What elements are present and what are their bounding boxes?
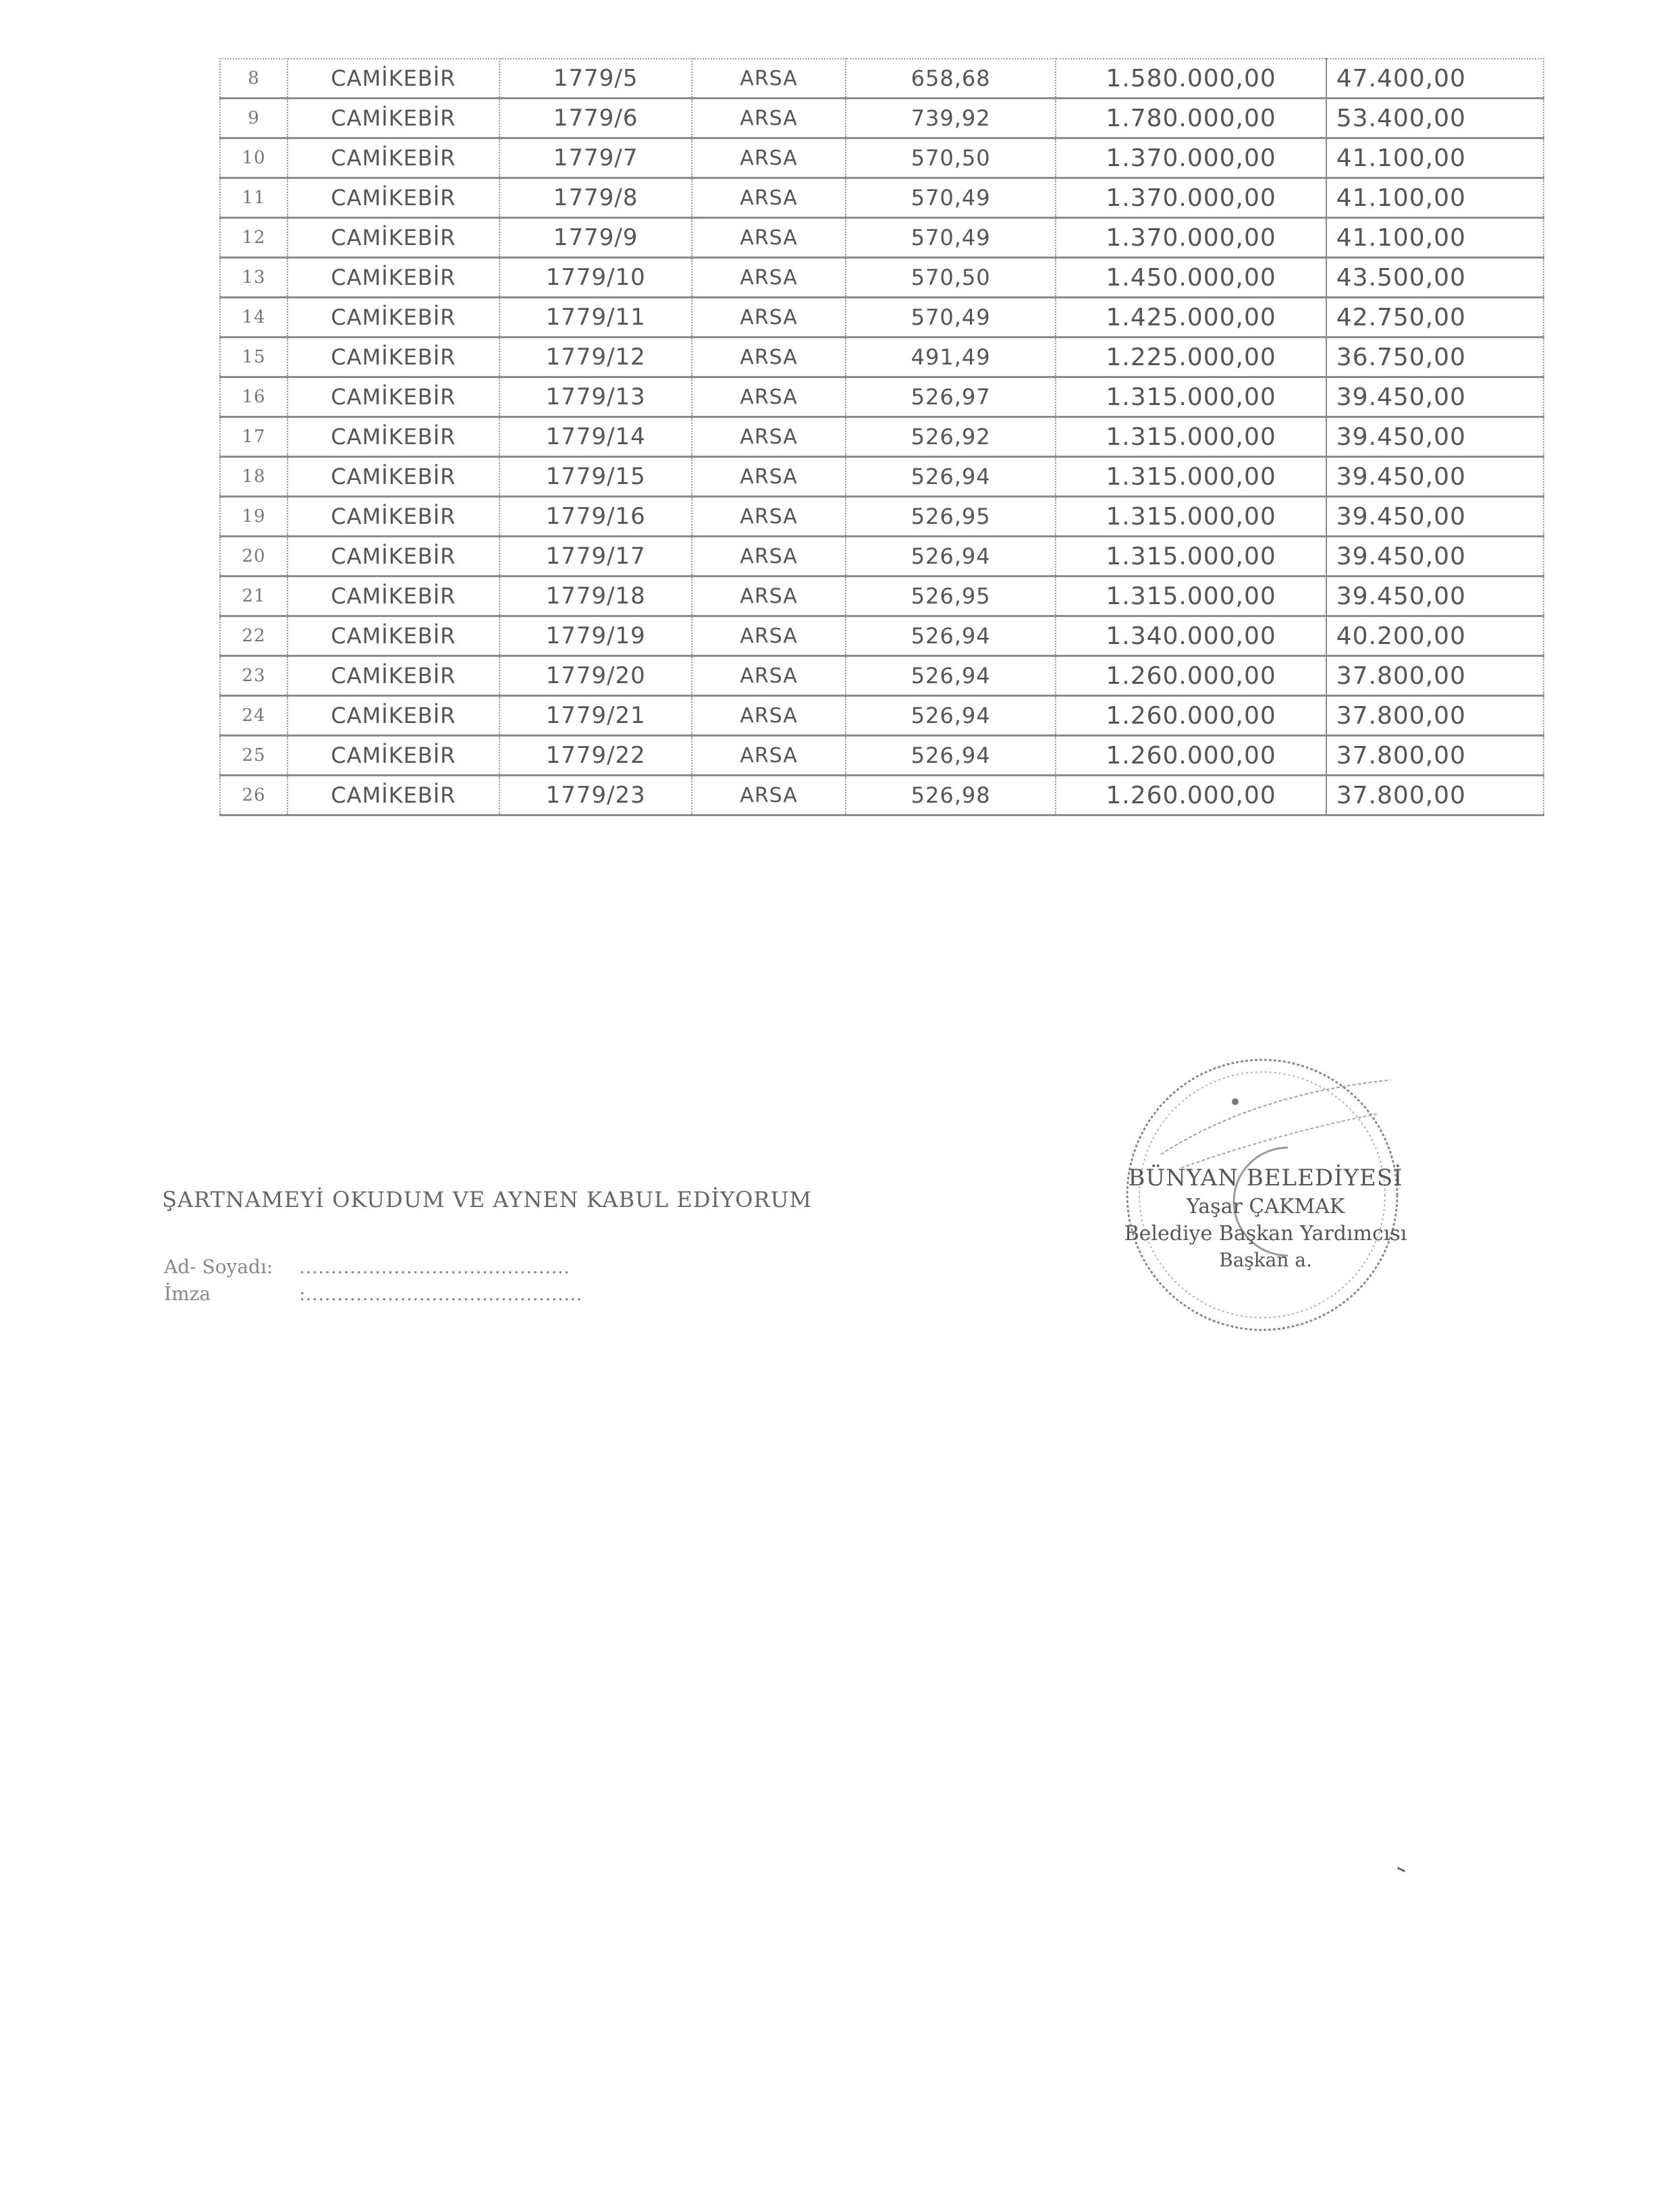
row-number: 22	[220, 616, 288, 656]
deposit-cell: 43.500,00	[1326, 258, 1544, 298]
block-parcel-cell: 1779/13	[499, 377, 693, 417]
signature-label: İmza	[164, 1283, 299, 1305]
parcel-table: 8 CAMİKEBİR 1779/5 ARSA 658,68 1.580.000…	[219, 58, 1544, 816]
property-type-cell: ARSA	[692, 616, 845, 656]
deposit-cell: 39.450,00	[1326, 537, 1544, 577]
row-number: 8	[220, 59, 288, 99]
block-parcel-cell: 1779/14	[499, 417, 693, 457]
table-row: 21 CAMİKEBİR 1779/18 ARSA 526,95 1.315.0…	[220, 577, 1544, 616]
signature-blank[interactable]: :……………………………………..	[299, 1283, 582, 1305]
neighborhood-cell: CAMİKEBİR	[288, 178, 499, 218]
estimated-value-cell: 1.315.000,00	[1056, 417, 1326, 457]
row-number: 19	[220, 497, 288, 537]
property-type-cell: ARSA	[692, 138, 845, 178]
estimated-value-cell: 1.315.000,00	[1056, 457, 1326, 497]
neighborhood-cell: CAMİKEBİR	[288, 417, 499, 457]
estimated-value-cell: 1.315.000,00	[1056, 497, 1326, 537]
property-type-cell: ARSA	[692, 417, 845, 457]
estimated-value-cell: 1.425.000,00	[1056, 298, 1326, 338]
estimated-value-cell: 1.260.000,00	[1056, 776, 1326, 815]
deposit-cell: 39.450,00	[1326, 577, 1544, 616]
block-parcel-cell: 1779/10	[499, 258, 693, 298]
neighborhood-cell: CAMİKEBİR	[288, 457, 499, 497]
block-parcel-cell: 1779/23	[499, 776, 693, 815]
area-cell: 526,98	[846, 776, 1056, 815]
table-row: 20 CAMİKEBİR 1779/17 ARSA 526,94 1.315.0…	[220, 537, 1544, 577]
neighborhood-cell: CAMİKEBİR	[288, 537, 499, 577]
property-type-cell: ARSA	[692, 377, 845, 417]
stamp-note: Başkan a.	[1077, 1249, 1455, 1271]
area-cell: 526,95	[846, 497, 1056, 537]
neighborhood-cell: CAMİKEBİR	[288, 99, 499, 138]
area-cell: 526,92	[846, 417, 1056, 457]
stamp-person: Yaşar ÇAKMAK	[1077, 1195, 1455, 1218]
row-number: 9	[220, 99, 288, 138]
neighborhood-cell: CAMİKEBİR	[288, 338, 499, 377]
area-cell: 570,50	[846, 138, 1056, 178]
area-cell: 526,97	[846, 377, 1056, 417]
deposit-cell: 39.450,00	[1326, 417, 1544, 457]
neighborhood-cell: CAMİKEBİR	[288, 59, 499, 99]
table-row: 23 CAMİKEBİR 1779/20 ARSA 526,94 1.260.0…	[220, 656, 1544, 696]
row-number: 11	[220, 178, 288, 218]
table-row: 14 CAMİKEBİR 1779/11 ARSA 570,49 1.425.0…	[220, 298, 1544, 338]
area-cell: 570,50	[846, 258, 1056, 298]
table-row: 11 CAMİKEBİR 1779/8 ARSA 570,49 1.370.00…	[220, 178, 1544, 218]
area-cell: 526,94	[846, 537, 1056, 577]
table-row: 16 CAMİKEBİR 1779/13 ARSA 526,97 1.315.0…	[220, 377, 1544, 417]
block-parcel-cell: 1779/8	[499, 178, 693, 218]
estimated-value-cell: 1.780.000,00	[1056, 99, 1326, 138]
block-parcel-cell: 1779/5	[499, 59, 693, 99]
stamp-institution: BÜNYAN BELEDİYESİ	[1077, 1164, 1455, 1191]
property-type-cell: ARSA	[692, 99, 845, 138]
property-type-cell: ARSA	[692, 776, 845, 815]
row-number: 16	[220, 377, 288, 417]
area-cell: 570,49	[846, 178, 1056, 218]
area-cell: 491,49	[846, 338, 1056, 377]
table-row: 9 CAMİKEBİR 1779/6 ARSA 739,92 1.780.000…	[220, 99, 1544, 138]
property-type-cell: ARSA	[692, 258, 845, 298]
neighborhood-cell: CAMİKEBİR	[288, 298, 499, 338]
area-cell: 739,92	[846, 99, 1056, 138]
row-number: 14	[220, 298, 288, 338]
estimated-value-cell: 1.260.000,00	[1056, 736, 1326, 776]
table-row: 25 CAMİKEBİR 1779/22 ARSA 526,94 1.260.0…	[220, 736, 1544, 776]
row-number: 23	[220, 656, 288, 696]
row-number: 10	[220, 138, 288, 178]
neighborhood-cell: CAMİKEBİR	[288, 377, 499, 417]
deposit-cell: 37.800,00	[1326, 776, 1544, 815]
table-row: 19 CAMİKEBİR 1779/16 ARSA 526,95 1.315.0…	[220, 497, 1544, 537]
area-cell: 570,49	[846, 298, 1056, 338]
block-parcel-cell: 1779/15	[499, 457, 693, 497]
estimated-value-cell: 1.315.000,00	[1056, 377, 1326, 417]
block-parcel-cell: 1779/9	[499, 218, 693, 258]
area-cell: 570,49	[846, 218, 1056, 258]
acceptance-statement: ŞARTNAMEYİ OKUDUM VE AYNEN KABUL EDİYORU…	[162, 1187, 812, 1212]
table-row: 26 CAMİKEBİR 1779/23 ARSA 526,98 1.260.0…	[220, 776, 1544, 815]
deposit-cell: 39.450,00	[1326, 377, 1544, 417]
estimated-value-cell: 1.260.000,00	[1056, 696, 1326, 736]
table-row: 18 CAMİKEBİR 1779/15 ARSA 526,94 1.315.0…	[220, 457, 1544, 497]
row-number: 12	[220, 218, 288, 258]
estimated-value-cell: 1.450.000,00	[1056, 258, 1326, 298]
property-type-cell: ARSA	[692, 218, 845, 258]
property-type-cell: ARSA	[692, 577, 845, 616]
block-parcel-cell: 1779/21	[499, 696, 693, 736]
property-type-cell: ARSA	[692, 457, 845, 497]
row-number: 26	[220, 776, 288, 815]
row-number: 24	[220, 696, 288, 736]
row-number: 15	[220, 338, 288, 377]
neighborhood-cell: CAMİKEBİR	[288, 616, 499, 656]
property-type-cell: ARSA	[692, 736, 845, 776]
table-row: 8 CAMİKEBİR 1779/5 ARSA 658,68 1.580.000…	[220, 59, 1544, 99]
row-number: 13	[220, 258, 288, 298]
block-parcel-cell: 1779/16	[499, 497, 693, 537]
neighborhood-cell: CAMİKEBİR	[288, 218, 499, 258]
neighborhood-cell: CAMİKEBİR	[288, 656, 499, 696]
row-number: 20	[220, 537, 288, 577]
estimated-value-cell: 1.370.000,00	[1056, 218, 1326, 258]
official-stamp: BÜNYAN BELEDİYESİ Yaşar ÇAKMAK Belediye …	[1107, 1053, 1424, 1343]
deposit-cell: 40.200,00	[1326, 616, 1544, 656]
deposit-cell: 53.400,00	[1326, 99, 1544, 138]
property-type-cell: ARSA	[692, 696, 845, 736]
row-number: 25	[220, 736, 288, 776]
block-parcel-cell: 1779/18	[499, 577, 693, 616]
block-parcel-cell: 1779/22	[499, 736, 693, 776]
estimated-value-cell: 1.580.000,00	[1056, 59, 1326, 99]
estimated-value-cell: 1.315.000,00	[1056, 537, 1326, 577]
deposit-cell: 39.450,00	[1326, 497, 1544, 537]
signature-field[interactable]: İmza:……………………………………..	[164, 1283, 582, 1305]
property-type-cell: ARSA	[692, 338, 845, 377]
table-row: 13 CAMİKEBİR 1779/10 ARSA 570,50 1.450.0…	[220, 258, 1544, 298]
area-cell: 526,94	[846, 696, 1056, 736]
area-cell: 526,94	[846, 656, 1056, 696]
deposit-cell: 36.750,00	[1326, 338, 1544, 377]
block-parcel-cell: 1779/7	[499, 138, 693, 178]
deposit-cell: 41.100,00	[1326, 218, 1544, 258]
row-number: 17	[220, 417, 288, 457]
deposit-cell: 37.800,00	[1326, 656, 1544, 696]
deposit-cell: 47.400,00	[1326, 59, 1544, 99]
row-number: 21	[220, 577, 288, 616]
neighborhood-cell: CAMİKEBİR	[288, 258, 499, 298]
property-type-cell: ARSA	[692, 178, 845, 218]
estimated-value-cell: 1.370.000,00	[1056, 178, 1326, 218]
neighborhood-cell: CAMİKEBİR	[288, 696, 499, 736]
name-label: Ad- Soyadı:	[164, 1256, 299, 1278]
block-parcel-cell: 1779/6	[499, 99, 693, 138]
row-number: 18	[220, 457, 288, 497]
area-cell: 526,95	[846, 577, 1056, 616]
deposit-cell: 37.800,00	[1326, 696, 1544, 736]
block-parcel-cell: 1779/20	[499, 656, 693, 696]
table-row: 22 CAMİKEBİR 1779/19 ARSA 526,94 1.340.0…	[220, 616, 1544, 656]
property-type-cell: ARSA	[692, 59, 845, 99]
table-row: 10 CAMİKEBİR 1779/7 ARSA 570,50 1.370.00…	[220, 138, 1544, 178]
area-cell: 526,94	[846, 736, 1056, 776]
block-parcel-cell: 1779/17	[499, 537, 693, 577]
estimated-value-cell: 1.225.000,00	[1056, 338, 1326, 377]
estimated-value-cell: 1.370.000,00	[1056, 138, 1326, 178]
name-field[interactable]: Ad- Soyadı:…………………………………….	[164, 1256, 570, 1278]
stamp-title: Belediye Başkan Yardımcısı	[1077, 1222, 1455, 1245]
deposit-cell: 41.100,00	[1326, 138, 1544, 178]
property-type-cell: ARSA	[692, 497, 845, 537]
neighborhood-cell: CAMİKEBİR	[288, 776, 499, 815]
deposit-cell: 39.450,00	[1326, 457, 1544, 497]
deposit-cell: 41.100,00	[1326, 178, 1544, 218]
table-row: 24 CAMİKEBİR 1779/21 ARSA 526,94 1.260.0…	[220, 696, 1544, 736]
estimated-value-cell: 1.315.000,00	[1056, 577, 1326, 616]
table-row: 17 CAMİKEBİR 1779/14 ARSA 526,92 1.315.0…	[220, 417, 1544, 457]
neighborhood-cell: CAMİKEBİR	[288, 497, 499, 537]
property-type-cell: ARSA	[692, 656, 845, 696]
name-blank[interactable]: …………………………………….	[299, 1256, 570, 1278]
property-type-cell: ARSA	[692, 298, 845, 338]
estimated-value-cell: 1.260.000,00	[1056, 656, 1326, 696]
area-cell: 526,94	[846, 616, 1056, 656]
block-parcel-cell: 1779/12	[499, 338, 693, 377]
table-row: 12 CAMİKEBİR 1779/9 ARSA 570,49 1.370.00…	[220, 218, 1544, 258]
neighborhood-cell: CAMİKEBİR	[288, 577, 499, 616]
block-parcel-cell: 1779/19	[499, 616, 693, 656]
neighborhood-cell: CAMİKEBİR	[288, 138, 499, 178]
deposit-cell: 37.800,00	[1326, 736, 1544, 776]
block-parcel-cell: 1779/11	[499, 298, 693, 338]
stray-mark	[1397, 1867, 1405, 1873]
property-type-cell: ARSA	[692, 537, 845, 577]
area-cell: 526,94	[846, 457, 1056, 497]
estimated-value-cell: 1.340.000,00	[1056, 616, 1326, 656]
deposit-cell: 42.750,00	[1326, 298, 1544, 338]
area-cell: 658,68	[846, 59, 1056, 99]
table-row: 15 CAMİKEBİR 1779/12 ARSA 491,49 1.225.0…	[220, 338, 1544, 377]
neighborhood-cell: CAMİKEBİR	[288, 736, 499, 776]
